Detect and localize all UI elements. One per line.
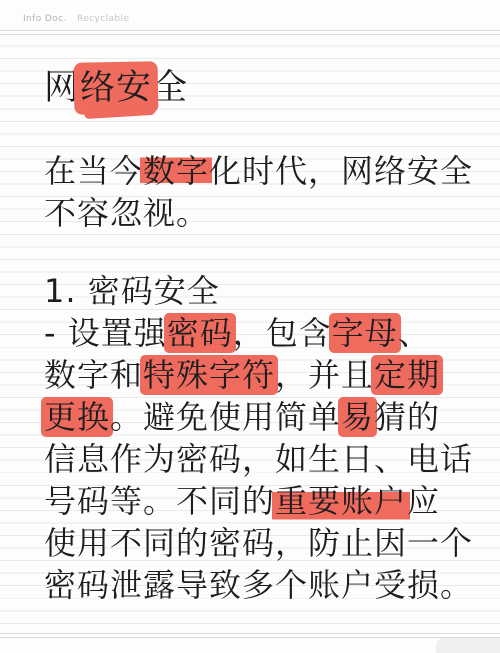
text-segment: 数字和 (44, 356, 143, 394)
text-segment-highlighted: 更换 (41, 397, 113, 437)
text-segment: ，包含 (233, 314, 332, 352)
text-line: 数字和特殊字符，并且定期 (44, 354, 484, 396)
text-line: - 设置强密码，包含字母、 (44, 312, 484, 354)
note-title: 网络安全 (44, 64, 484, 112)
top-margin-line-2 (0, 34, 500, 35)
note-content: 网络安全 在当今数字化时代，网络安全 不容忽视。 1. 密码安全 - 设置强密码… (44, 64, 484, 606)
text-segment: - 设置强 (44, 314, 167, 352)
password-security-section: 1. 密码安全 - 设置强密码，包含字母、 数字和特殊字符，并且定期 更换。避免… (44, 270, 484, 606)
top-bar: Info Doc. Recyclable (0, 0, 500, 28)
text-line: 信息作为密码，如生日、电话 (44, 438, 484, 480)
title-segment-highlighted: 络安 (74, 61, 159, 114)
text-segment-highlighted: 字母 (329, 313, 401, 353)
text-segment: ，并且 (275, 356, 374, 394)
text-segment: 猜的 (374, 398, 440, 436)
tab-info-doc[interactable]: Info Doc. (23, 14, 67, 24)
watermark-badge (436, 638, 500, 653)
bottom-margin-line-2 (0, 637, 500, 638)
text-segment-highlighted: 重要账户 (272, 481, 410, 521)
text-segment: 在当今 (44, 152, 143, 190)
text-segment: 使用不同的密码，防止因一个 (44, 524, 473, 562)
text-segment-highlighted: 特殊字符 (140, 355, 278, 395)
text-line: 号码等。不同的重要账户应 (44, 480, 484, 522)
text-segment: 1. 密码安全 (44, 272, 220, 310)
text-line: 密码泄露导致多个账户受损。 (44, 564, 484, 606)
text-line: 在当今数字化时代，网络安全 (44, 150, 484, 192)
text-segment-highlighted: 定期 (371, 355, 443, 395)
text-segment: 号码等。不同的 (44, 482, 275, 520)
text-segment: 、 (398, 314, 431, 352)
note-page: Info Doc. Recyclable 网络安全 在当今数字化时代，网络安全 … (0, 0, 500, 653)
text-segment-highlighted: 数字 (140, 151, 212, 191)
intro-paragraph: 在当今数字化时代，网络安全 不容忽视。 (44, 150, 484, 234)
text-segment: 信息作为密码，如生日、电话 (44, 440, 473, 478)
text-segment: 不容忽视。 (44, 194, 209, 232)
text-segment: 化时代，网络安全 (209, 152, 473, 190)
tab-recyclable[interactable]: Recyclable (77, 14, 129, 24)
top-margin-line-1 (0, 30, 500, 31)
text-line: 不容忽视。 (44, 192, 484, 234)
section-heading: 1. 密码安全 (44, 270, 484, 312)
bottom-margin-line-1 (0, 633, 500, 634)
text-segment-highlighted: 密码 (164, 313, 236, 353)
text-segment-highlighted: 易 (338, 397, 377, 437)
text-segment: 应 (407, 482, 440, 520)
text-segment: 密码泄露导致多个账户受损。 (44, 566, 473, 604)
text-line: 更换。避免使用简单易猜的 (44, 396, 484, 438)
text-line: 使用不同的密码，防止因一个 (44, 522, 484, 564)
text-segment: 。避免使用简单 (110, 398, 341, 436)
